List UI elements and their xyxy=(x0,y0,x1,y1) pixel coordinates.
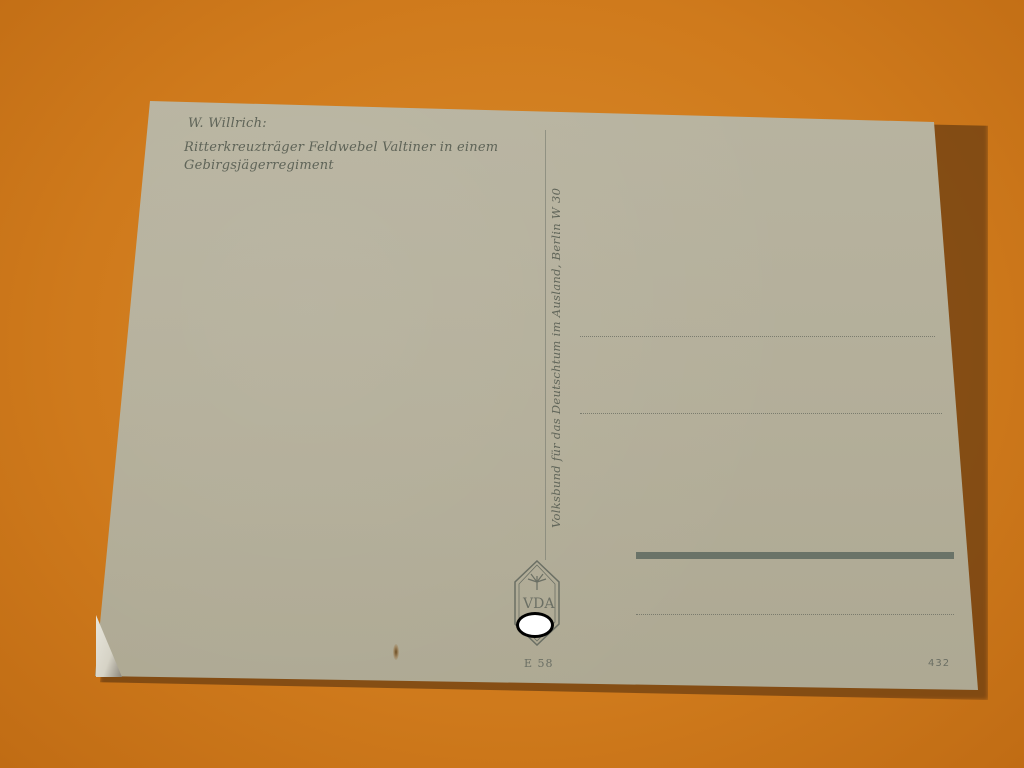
caption-line-1: Ritterkreuzträger Feldwebel Valtiner in … xyxy=(184,140,498,155)
postcard xyxy=(0,0,1024,768)
publisher-text: Volksbund für das Deutschtum im Ausland,… xyxy=(549,188,563,528)
white-oval-overlay xyxy=(516,612,554,638)
address-line-2 xyxy=(580,413,942,414)
emblem-letters: VDA xyxy=(522,596,555,612)
card-number: 432 xyxy=(928,658,950,669)
address-line-1 xyxy=(580,336,935,337)
address-line-3 xyxy=(636,614,954,615)
center-divider xyxy=(545,130,546,560)
stain-mark xyxy=(393,644,399,660)
address-bar xyxy=(636,552,954,559)
caption-line-2: Gebirgsjägerregiment xyxy=(184,158,334,173)
series-code: E 58 xyxy=(524,657,554,670)
artist-name: W. Willrich: xyxy=(188,116,267,131)
